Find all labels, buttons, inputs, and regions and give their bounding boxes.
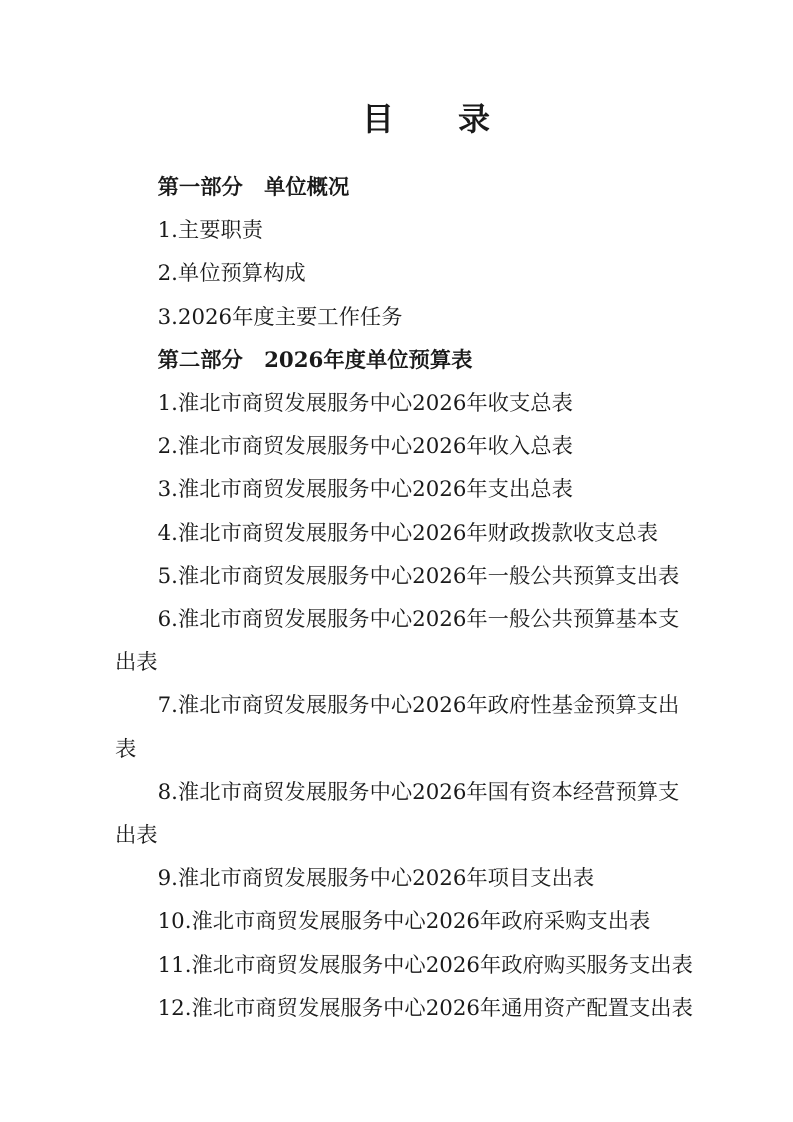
toc-item: 8.淮北市商贸发展服务中心2026年国有资本经营预算支出表 xyxy=(115,771,695,857)
section-1-heading: 第一部分 单位概况 xyxy=(115,166,695,209)
toc-item: 11.淮北市商贸发展服务中心2026年政府购买服务支出表 xyxy=(115,944,695,987)
toc-item: 2.单位预算构成 xyxy=(115,252,695,295)
toc-item: 9.淮北市商贸发展服务中心2026年项目支出表 xyxy=(115,857,695,900)
toc-title: 目 录 xyxy=(115,97,695,141)
toc-item: 2.淮北市商贸发展服务中心2026年收入总表 xyxy=(115,425,695,468)
document-page: 目 录 第一部分 单位概况 1.主要职责 2.单位预算构成 3.2026年度主要… xyxy=(0,0,793,1122)
toc-item: 3.淮北市商贸发展服务中心2026年支出总表 xyxy=(115,468,695,511)
toc-item: 1.主要职责 xyxy=(115,209,695,252)
toc-item: 7.淮北市商贸发展服务中心2026年政府性基金预算支出表 xyxy=(115,684,695,770)
toc-item: 10.淮北市商贸发展服务中心2026年政府采购支出表 xyxy=(115,900,695,943)
toc-item: 6.淮北市商贸发展服务中心2026年一般公共预算基本支出表 xyxy=(115,598,695,684)
section-2-heading: 第二部分 2026年度单位预算表 xyxy=(115,339,695,382)
toc-body: 第一部分 单位概况 1.主要职责 2.单位预算构成 3.2026年度主要工作任务… xyxy=(115,166,695,1030)
toc-item: 4.淮北市商贸发展服务中心2026年财政拨款收支总表 xyxy=(115,512,695,555)
toc-item: 3.2026年度主要工作任务 xyxy=(115,296,695,339)
toc-item: 1.淮北市商贸发展服务中心2026年收支总表 xyxy=(115,382,695,425)
toc-item: 5.淮北市商贸发展服务中心2026年一般公共预算支出表 xyxy=(115,555,695,598)
toc-item: 12.淮北市商贸发展服务中心2026年通用资产配置支出表 xyxy=(115,987,695,1030)
